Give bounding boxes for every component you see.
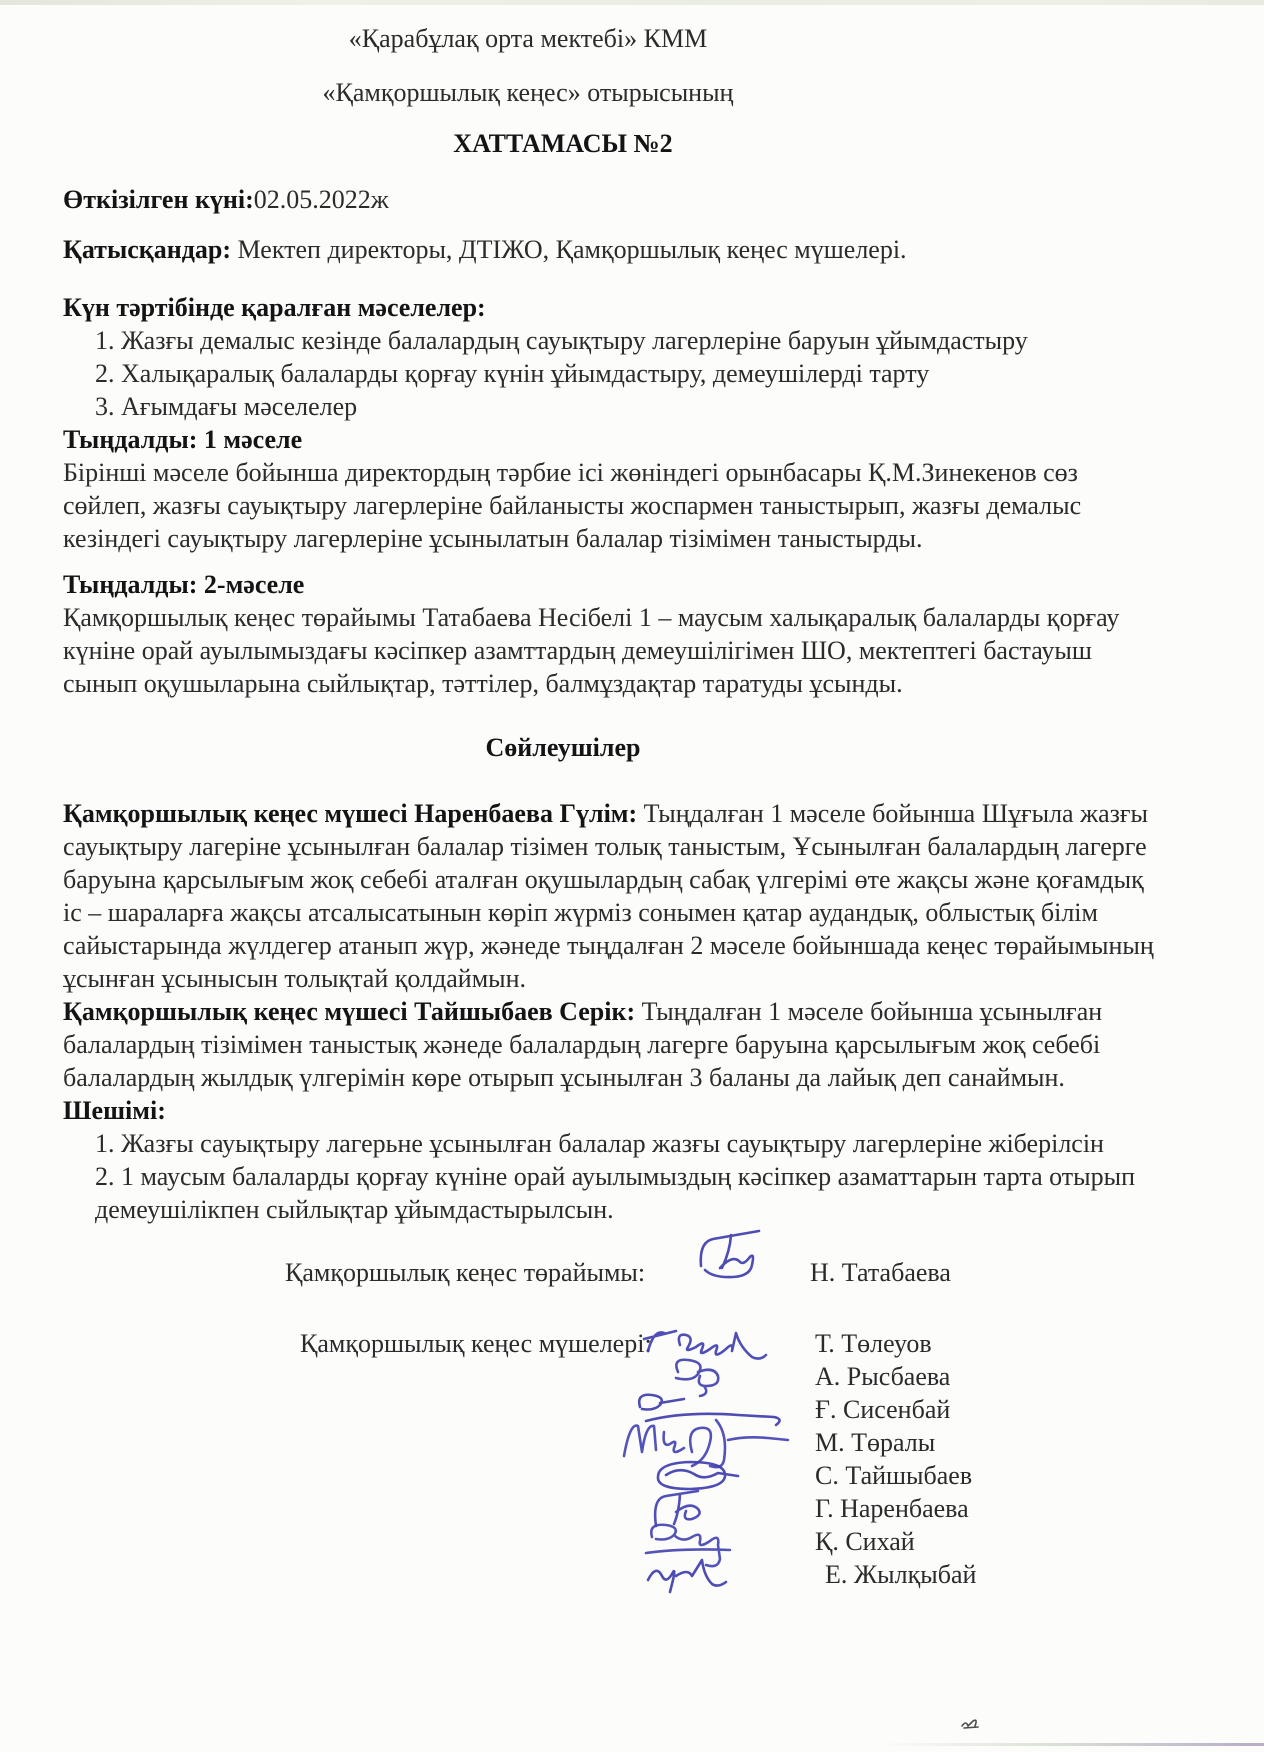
listened-1-text: Бірінші мәселе бойынша директордың тәрби… <box>63 456 1163 555</box>
agenda-item: 2. Халықаралық балаларды қорғау күнін ұй… <box>63 357 1163 390</box>
member-signature-row: М. Төралы <box>63 1426 1163 1459</box>
member-handwritten-signature <box>638 1552 793 1596</box>
scan-edge-bottom-artifact <box>880 1743 1264 1746</box>
attendees-line: Қатысқандар: Мектеп директоры, ДТІЖО, Қа… <box>63 233 1163 266</box>
listened-2-text: Қамқоршылық кеңес төрайымы Татабаева Нес… <box>63 601 1163 700</box>
speakers-heading: Сөйлеушілер <box>63 731 1063 764</box>
member-name: Г. Наренбаева <box>815 1492 969 1525</box>
chair-label: Қамқоршылық кеңес төрайымы: <box>285 1256 645 1289</box>
member-signature-row: Қ. Сихай <box>63 1525 1163 1558</box>
member-name: Қ. Сихай <box>815 1525 915 1558</box>
org-title: «Қарабұлақ орта мектебі» КММ <box>63 22 993 55</box>
decision-heading: Шешімі: <box>63 1094 1163 1127</box>
member-signature-row: Ғ. Сисенбай <box>63 1393 1163 1426</box>
speaker-1-paragraph: Қамқоршылық кеңес мүшесі Наренбаева Гүлі… <box>63 797 1163 995</box>
member-name: М. Төралы <box>815 1426 935 1459</box>
member-name: Т. Төлеуов <box>815 1327 932 1360</box>
speaker-1-text: Тыңдалған 1 мәселе бойынша Шұғыла жазғы … <box>63 799 1154 993</box>
date-value: 02.05.2022ж <box>254 185 389 214</box>
attendees-label: Қатысқандар: <box>63 235 231 264</box>
pen-mark-artifact <box>960 1716 982 1732</box>
member-name: Ғ. Сисенбай <box>815 1393 950 1426</box>
agenda-item: 3. Ағымдағы мәселелер <box>63 390 1163 423</box>
listened-1-heading: Тыңдалды: 1 мәселе <box>63 423 1163 456</box>
agenda-heading: Күн тәртібінде қаралған мәселелер: <box>63 291 1163 324</box>
member-signature-row: С. Тайшыбаев <box>63 1459 1163 1492</box>
member-signature-row: Т. Төлеуов <box>63 1327 1163 1360</box>
agenda-list: 1. Жазғы демалыс кезінде балалардың сауы… <box>63 324 1163 423</box>
chair-handwritten-signature <box>691 1226 775 1290</box>
members-signature-block: Қамқоршылық кеңес мүшелері: Т. Төлеуов А… <box>63 1327 1163 1597</box>
member-name: С. Тайшыбаев <box>815 1459 972 1492</box>
council-title: «Қамқоршылық кеңес» отырысының <box>63 76 993 109</box>
member-signature-row: Е. Жылқыбай <box>63 1558 1163 1591</box>
scanned-protocol-page: «Қарабұлақ орта мектебі» КММ «Қамқоршылы… <box>0 0 1264 1752</box>
member-signature-row: А. Рысбаева <box>63 1360 1163 1393</box>
date-line: Өткізілген күні:02.05.2022ж <box>63 183 1163 216</box>
member-signature-row: Г. Наренбаева <box>63 1492 1163 1525</box>
date-label: Өткізілген күні: <box>63 185 254 214</box>
speaker-1-name: Қамқоршылық кеңес мүшесі Наренбаева Гүлі… <box>63 799 637 828</box>
document-body: «Қарабұлақ орта мектебі» КММ «Қамқоршылы… <box>63 0 1163 1597</box>
attendees-value: Мектеп директоры, ДТІЖО, Қамқоршылық кең… <box>231 235 907 264</box>
member-name: Е. Жылқыбай <box>825 1558 976 1591</box>
agenda-item: 1. Жазғы демалыс кезінде балалардың сауы… <box>63 324 1163 357</box>
decision-item: 2. 1 маусым балаларды қорғау күніне орай… <box>63 1160 1163 1226</box>
protocol-title: ХАТТАМАСЫ №2 <box>63 127 1063 160</box>
decision-item: 1. Жазғы сауықтыру лагерьне ұсынылған ба… <box>63 1127 1163 1160</box>
speeches-and-decision: Қамқоршылық кеңес мүшесі Наренбаева Гүлі… <box>63 797 1163 1226</box>
chair-signature-row: Қамқоршылық кеңес төрайымы: Н. Татабаева <box>63 1256 1163 1289</box>
listened-2-heading: Тыңдалды: 2-мәселе <box>63 568 1163 601</box>
decision-list: 1. Жазғы сауықтыру лагерьне ұсынылған ба… <box>63 1127 1163 1226</box>
speaker-2-paragraph: Қамқоршылық кеңес мүшесі Тайшыбаев Серік… <box>63 995 1163 1094</box>
speaker-2-name: Қамқоршылық кеңес мүшесі Тайшыбаев Серік… <box>63 997 635 1026</box>
member-name: А. Рысбаева <box>815 1360 950 1393</box>
chair-name: Н. Татабаева <box>810 1256 951 1289</box>
